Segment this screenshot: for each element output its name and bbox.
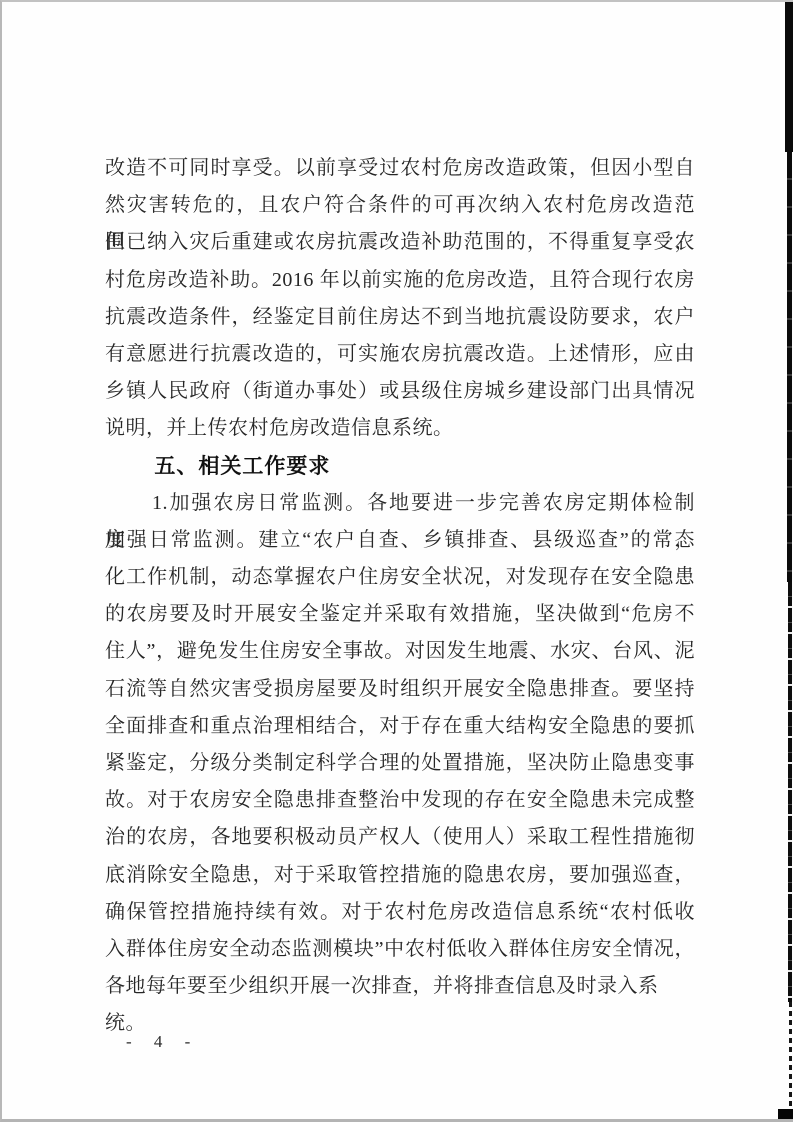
body-text-line: 确保管控措施持续有效。对于农村危房改造信息系统“农村低收 <box>105 894 695 931</box>
body-text-line: 的农房要及时开展安全鉴定并采取有效措施，坚决做到“危房不 <box>105 596 695 633</box>
body-text-line: 但已纳入灾后重建或农房抗震改造补助范围的，不得重复享受农 <box>105 224 695 261</box>
body-text-line: 村危房改造补助。2016 年以前实施的危房改造，且符合现行农房 <box>105 262 695 299</box>
body-text-line: 抗震改造条件，经鉴定目前住房达不到当地抗震设防要求，农户 <box>105 299 695 336</box>
body-text-line: 紧鉴定，分级分类制定科学合理的处置措施，坚决防止隐患变事 <box>105 745 695 782</box>
scan-edge-artifact <box>785 2 793 152</box>
body-text-line: 入群体住房安全动态监测模块”中农村低收入群体住房安全情况， <box>105 931 695 968</box>
body-text-line: 然灾害转危的，且农户符合条件的可再次纳入农村危房改造范围， <box>105 187 695 224</box>
body-text-line: 1.加强农房日常监测。各地要进一步完善农房定期体检制度， <box>105 485 695 522</box>
body-text-line: 故。对于农房安全隐患排查整治中发现的存在安全隐患未完成整 <box>105 782 695 819</box>
section-heading: 五、相关工作要求 <box>105 448 695 485</box>
body-text-line: 各地每年要至少组织开展一次排查，并将排查信息及时录入系统。 <box>105 968 695 1005</box>
body-text-line: 石流等自然灾害受损房屋要及时组织开展安全隐患排查。要坚持 <box>105 671 695 708</box>
body-text-line: 治的农房，各地要积极动员产权人（使用人）采取工程性措施彻 <box>105 819 695 856</box>
page-number: - 4 - <box>126 1032 199 1052</box>
body-text-line: 化工作机制，动态掌握农户住房安全状况，对发现存在安全隐患 <box>105 559 695 596</box>
body-text-line: 有意愿进行抗震改造的，可实施农房抗震改造。上述情形，应由 <box>105 336 695 373</box>
body-text-line: 加强日常监测。建立“农户自查、乡镇排查、县级巡查”的常态 <box>105 522 695 559</box>
scan-edge-artifact <box>788 582 792 1002</box>
document-body: 改造不可同时享受。以前享受过农村危房改造政策，但因小型自然灾害转危的，且农户符合… <box>105 150 695 1005</box>
body-text-line: 说明，并上传农村危房改造信息系统。 <box>105 410 695 447</box>
body-text-line: 全面排查和重点治理相结合，对于存在重大结构安全隐患的要抓 <box>105 708 695 745</box>
scanned-document-page: 改造不可同时享受。以前享受过农村危房改造政策，但因小型自然灾害转危的，且农户符合… <box>0 0 793 1122</box>
scan-edge-artifact <box>787 152 792 582</box>
body-text-line: 住人”，避免发生住房安全事故。对因发生地震、水灾、台风、泥 <box>105 633 695 670</box>
body-text-line: 乡镇人民政府（街道办事处）或县级住房城乡建设部门出具情况 <box>105 373 695 410</box>
body-text-line: 改造不可同时享受。以前享受过农村危房改造政策，但因小型自 <box>105 150 695 187</box>
scan-edge-artifact <box>789 1002 792 1114</box>
scan-corner-artifact <box>778 1109 793 1122</box>
body-text-line: 底消除安全隐患，对于采取管控措施的隐患农房，要加强巡查， <box>105 857 695 894</box>
